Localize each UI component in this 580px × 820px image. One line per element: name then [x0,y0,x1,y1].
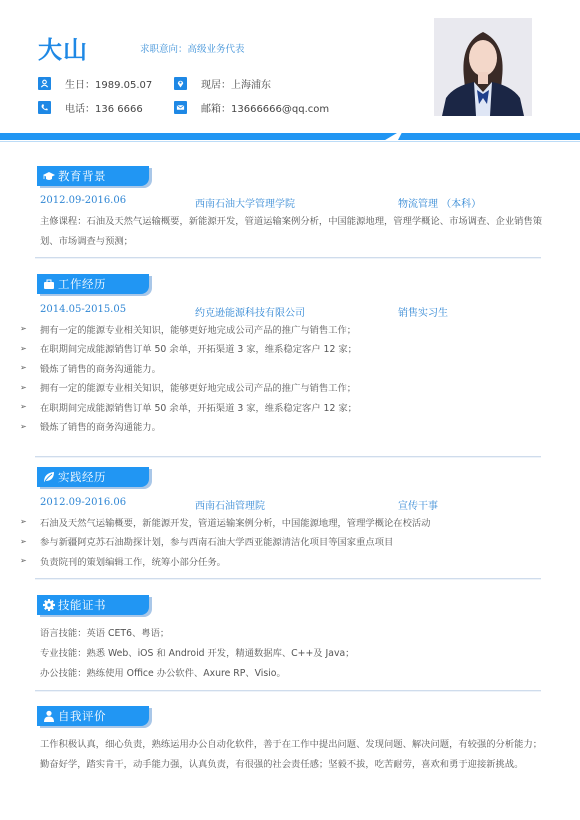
work-bullet-list: ➢拥有一定的能源专业相关知识，能够更好地完成公司产品的推广与销售工作； ➢在职期… [20,319,540,436]
practice-period: 2012.09-2016.06 [40,497,126,508]
arrow-bullet-icon: ➢ [20,363,40,372]
self-evaluation-text: 工作积极认真，细心负责，熟练运用办公自动化软件，善于在工作中提出问题、发现问题、… [40,735,548,775]
birthday-text: 生日：1989.05.07 [65,76,152,91]
list-item: ➢拥有一定的能源专业相关知识，能够更好地完成公司产品的推广与销售工作； [20,319,540,339]
practice-role: 宣传干事 [398,497,438,512]
list-item: ➢拥有一定的能源专业相关知识，能够更好地完成公司产品的推广与销售工作； [20,378,540,398]
list-item: ➢负责院刊的策划编辑工作，统筹小部分任务。 [20,551,540,571]
work-period: 2014.05-2015.05 [40,304,126,315]
skill-language: 语言技能：英语 CET6、粤语； [40,624,545,644]
section-divider [35,690,541,692]
section-title-work: 工作经历 [37,274,149,294]
skills-list: 语言技能：英语 CET6、粤语； 专业技能：熟悉 Web、iOS 和 Andro… [40,624,545,684]
phone-icon [38,101,51,114]
section-title-skills: 技能证书 [37,595,149,615]
header-band-left [0,133,397,140]
graduation-cap-icon [42,169,56,183]
education-major: 物流管理 （本科） [398,195,481,210]
education-school: 西南石油大学管理学院 [195,195,295,210]
arrow-bullet-icon: ➢ [20,422,40,431]
education-courses: 主修课程：石油及天然气运输概要，新能源开发，管道运输案例分析，中国能源地理，管理… [40,212,545,252]
list-item: ➢参与新疆阿克苏石油勘探计划，参与西南石油大学西亚能源清洁化项目等国家重点项目 [20,532,540,552]
skill-professional: 专业技能：熟悉 Web、iOS 和 Android 开发，精通数据库、C++及 … [40,644,545,664]
section-title-practice: 实践经历 [37,467,149,487]
mail-icon [174,101,187,114]
person-icon [42,709,56,723]
arrow-bullet-icon: ➢ [20,383,40,392]
info-residence: 现居：上海浦东 [174,76,271,91]
location-icon [174,77,187,90]
education-period: 2012.09-2016.06 [40,195,126,206]
skill-office: 办公技能：熟练使用 Office 办公软件、Axure RP、Visio。 [40,664,545,684]
list-item: ➢锻炼了销售的商务沟通能力。 [20,358,540,378]
practice-org: 西南石油管理院 [195,497,265,512]
section-title-education: 教育背景 [37,166,149,186]
briefcase-icon [42,277,56,291]
leaf-icon [42,470,56,484]
header-band-right [398,133,580,140]
email-text: 邮箱：13666666@qq.com [201,100,329,115]
section-divider [35,578,541,580]
gear-icon [42,598,56,612]
section-divider [35,257,541,259]
candidate-name: 大山 [38,30,88,65]
list-item: ➢在职期间完成能源销售订单 50 余单，开拓渠道 3 家，维系稳定客户 12 家… [20,397,540,417]
info-birthday: 生日：1989.05.07 [38,76,152,91]
profile-photo [434,18,532,116]
arrow-bullet-icon: ➢ [20,402,40,411]
arrow-bullet-icon: ➢ [20,517,40,526]
residence-text: 现居：上海浦东 [201,76,271,91]
section-title-self-eval: 自我评价 [37,706,149,726]
practice-bullet-list: ➢石油及天然气运输概要，新能源开发，管道运输案例分析，中国能源地理，管理学概论在… [20,512,540,571]
info-email: 邮箱：13666666@qq.com [174,100,329,115]
work-position: 销售实习生 [398,304,448,319]
work-company: 约克逊能源科技有限公司 [195,304,305,319]
list-item: ➢锻炼了销售的商务沟通能力。 [20,417,540,437]
info-phone: 电话：136 6666 [38,100,143,115]
phone-text: 电话：136 6666 [65,100,143,115]
arrow-bullet-icon: ➢ [20,556,40,565]
list-item: ➢在职期间完成能源销售订单 50 余单，开拓渠道 3 家，维系稳定客户 12 家… [20,339,540,359]
arrow-bullet-icon: ➢ [20,537,40,546]
job-objective: 求职意向：高级业务代表 [140,41,245,55]
arrow-bullet-icon: ➢ [20,324,40,333]
user-icon [38,77,51,90]
header-band-underline [0,141,580,142]
list-item: ➢石油及天然气运输概要，新能源开发，管道运输案例分析，中国能源地理，管理学概论在… [20,512,540,532]
section-divider [35,456,541,458]
arrow-bullet-icon: ➢ [20,344,40,353]
